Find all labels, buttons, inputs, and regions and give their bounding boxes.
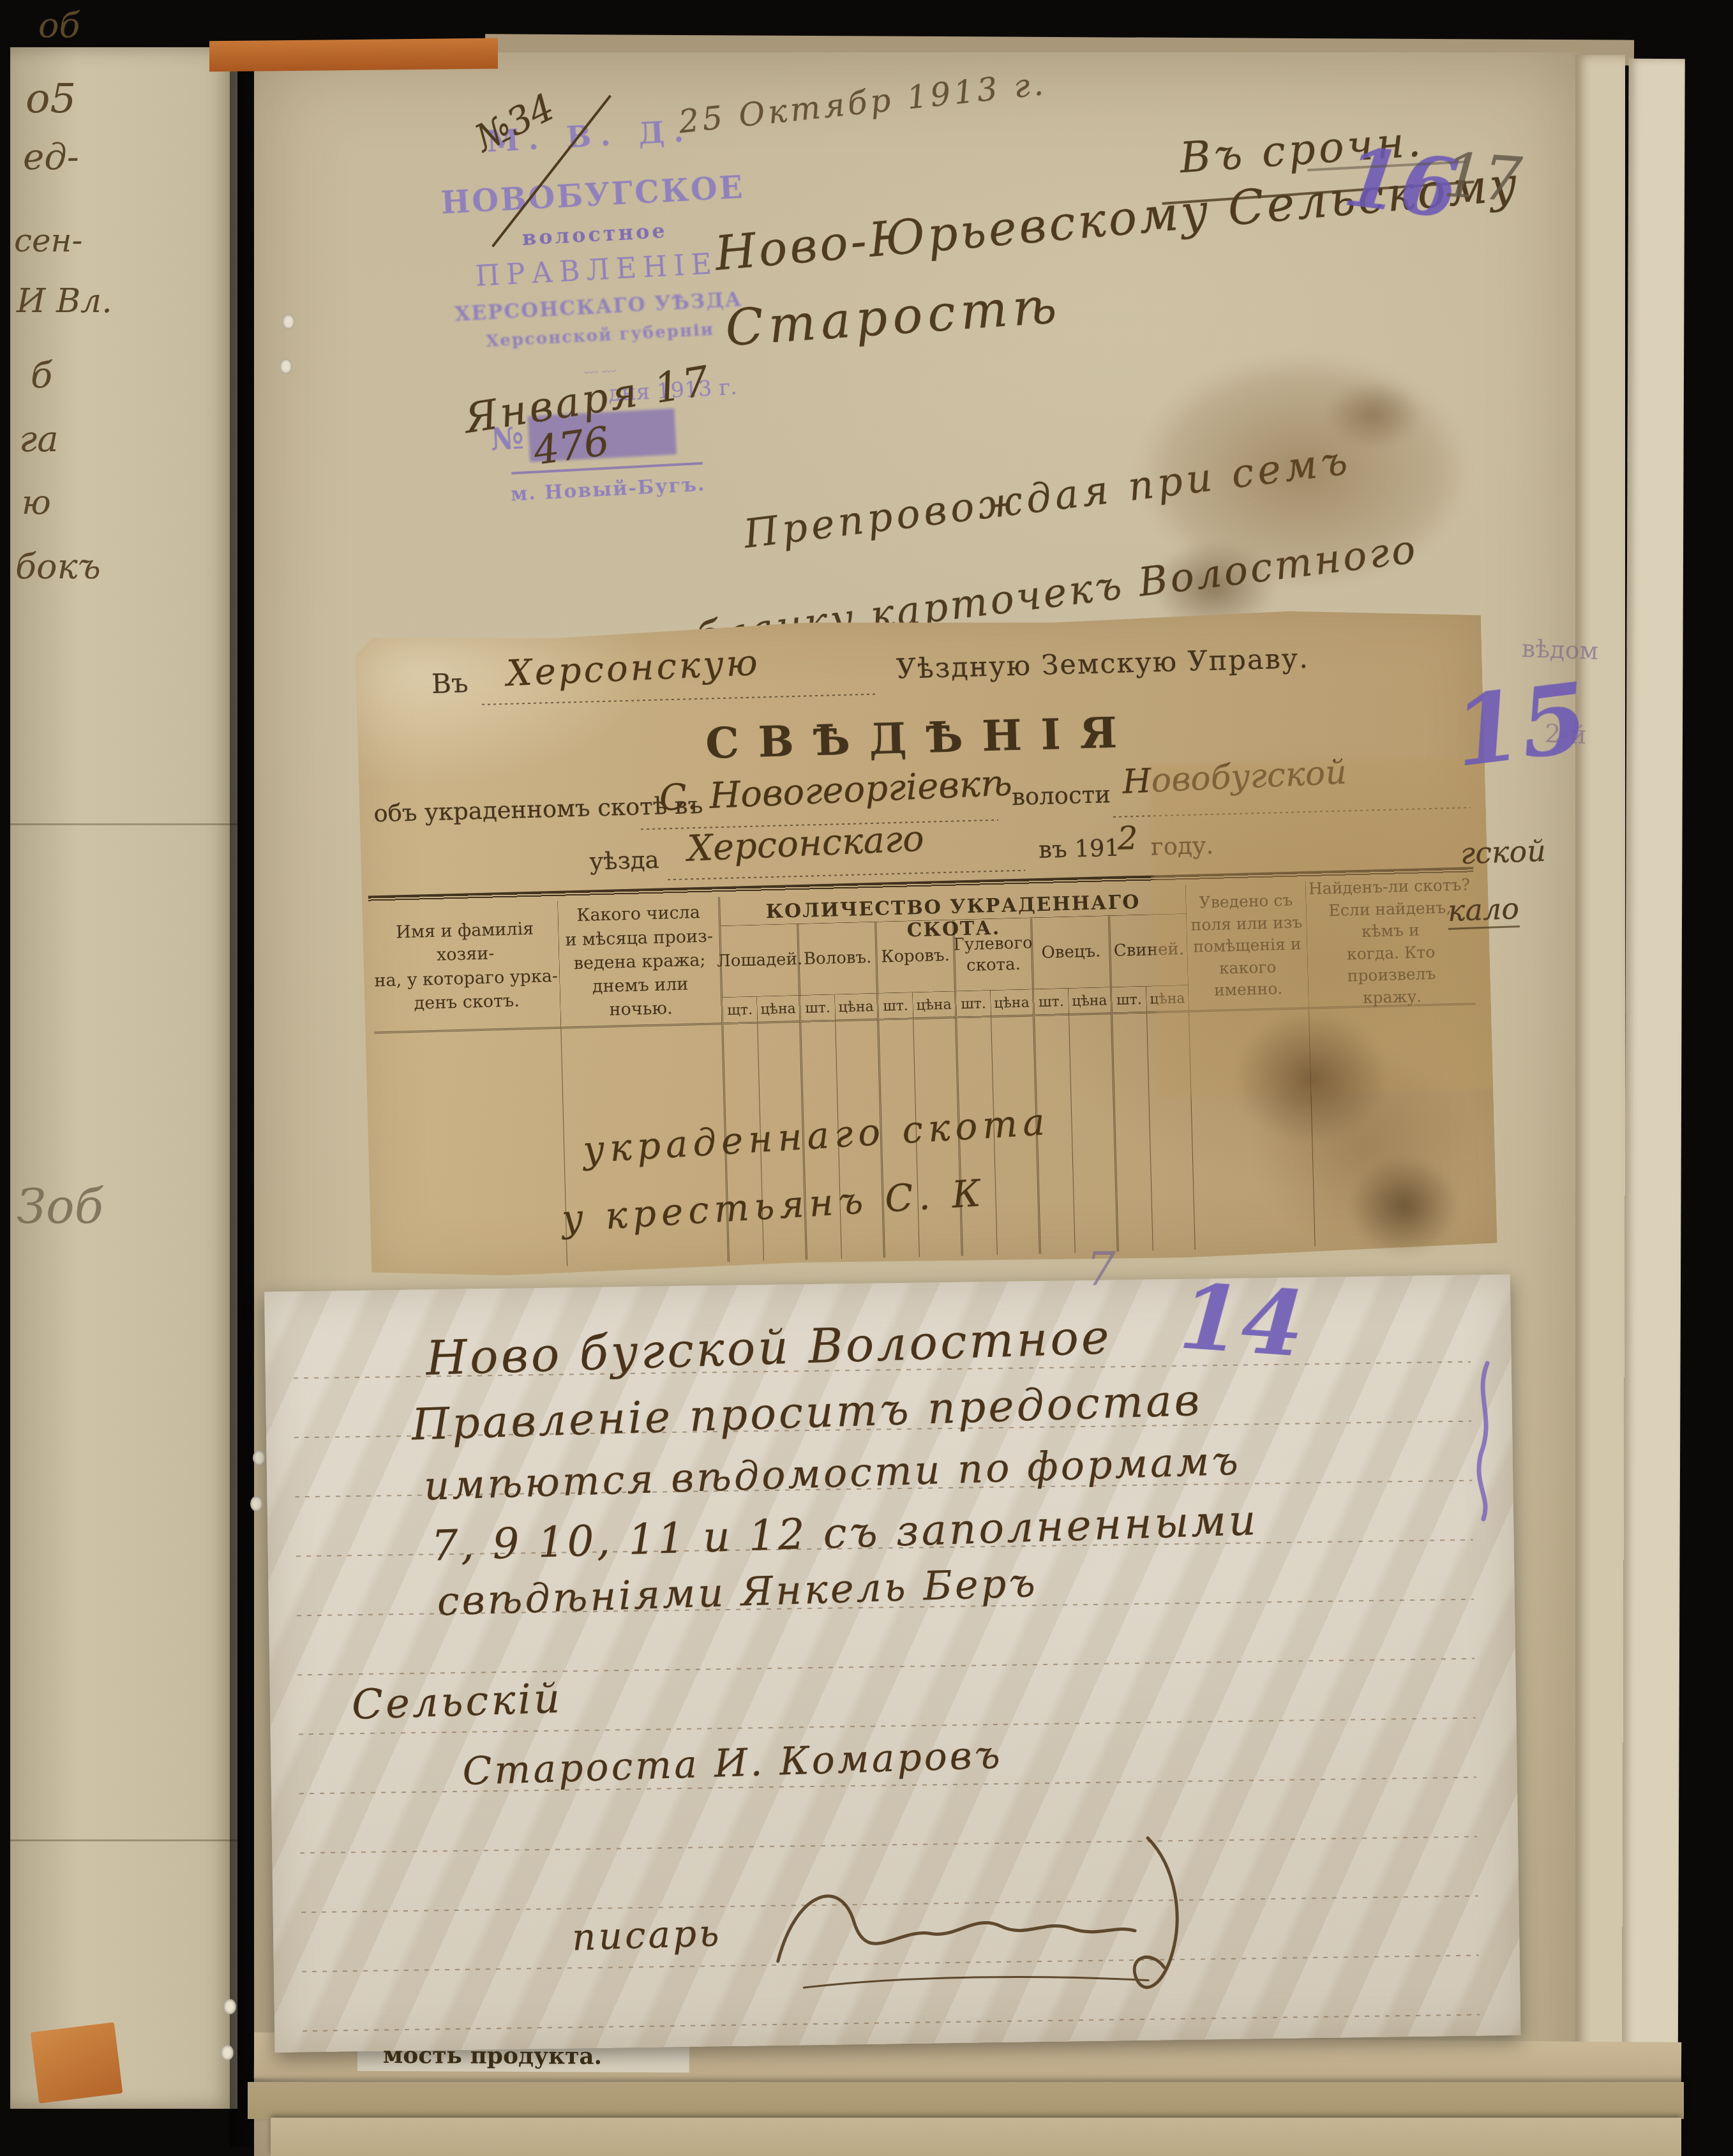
page-edge-strip (1575, 55, 1625, 2156)
note-line: имѣются вѣдомости по формамъ (423, 1437, 1241, 1509)
form-subtitle-prefix: объ украденномъ скотѣ въ (373, 791, 703, 827)
table-body-cell (374, 1029, 567, 1271)
stamp-line: НОВОБУГСКОЕ (432, 169, 753, 221)
margin-fragment: б (31, 355, 52, 396)
torn-paper-patch (1150, 757, 1497, 1098)
ruled-line (297, 1658, 1474, 1676)
stolen-livestock-form: Въ Херсонскую Уѣздную Земскую Управу. СВ… (355, 604, 1497, 1279)
margin-fragment: ед- (23, 137, 79, 178)
bottom-paper-strip (271, 2118, 1681, 2156)
col-owner-line: Имя и фамилія хозяи- (371, 917, 559, 969)
margin-fragment: ю (22, 484, 51, 522)
margin-fragment: об (38, 5, 80, 45)
handwriting-fragment: гской (1460, 834, 1547, 871)
page-mark-14: 14 (1176, 1264, 1308, 1377)
fill-in-line (668, 870, 1025, 881)
page-seam (10, 823, 237, 825)
book-cover-edge (209, 38, 498, 72)
col-animal: Гулевого скота. (952, 918, 1032, 991)
note-line: 7, 9 10, 11 и 12 съ заполненными (430, 1495, 1259, 1571)
page-edge-strip (1621, 59, 1684, 2156)
unit-header: шт. (799, 995, 835, 1022)
punch-hole (282, 314, 295, 329)
note-selsky: Сельскій (351, 1675, 563, 1729)
punch-hole (223, 1999, 236, 2014)
bottom-paper-strip (248, 2082, 1684, 2119)
col-animal: Лошадей. (719, 924, 799, 998)
unit-header: цѣна (990, 989, 1033, 1017)
form-year-prefix: въ 191 (1039, 834, 1120, 864)
form-to-suffix: Уѣздную Земскую Управу. (896, 643, 1309, 685)
col-date: Какого числа и мѣсяца произ- ведена краж… (557, 897, 721, 1029)
col-date-line: днемъ или ночью. (560, 971, 721, 1023)
note-pisar-label: писарь (571, 1911, 723, 1959)
col-owner-line: денъ скотъ. (373, 988, 560, 1017)
form-uyezd-handwritten: Херсонскаго (687, 818, 926, 870)
form-village-handwritten: С. Новогеоргіевкѣ (659, 762, 1013, 819)
form-to-handwritten: Херсонскую (506, 642, 761, 694)
col-owner: Имя и фамилія хозяи- на, у котораго урка… (371, 901, 560, 1034)
form-uyezd-label: уѣзда (589, 846, 659, 876)
col-animal: Овецъ. (1030, 916, 1110, 989)
note-line: свѣдѣніями Янкель Беръ (437, 1559, 1039, 1625)
punch-hole (280, 359, 292, 374)
reply-note: Ново бугской Волостное Правленіе проситъ… (264, 1275, 1520, 2053)
fill-in-line (482, 694, 878, 705)
printed-fragment-vedom: вѣдом (1521, 634, 1599, 665)
margin-fragment: сен- (14, 222, 82, 259)
note-line: Правленіе проситъ предостав (411, 1375, 1203, 1451)
page-mark-7: 7 (1086, 1242, 1116, 1296)
violet-squiggle (1468, 1358, 1506, 1524)
clerk-signature-flourish (757, 1827, 1219, 2025)
col-animal: Воловъ. (797, 922, 876, 996)
margin-fragment: И Вл. (17, 282, 112, 320)
unit-header: щт. (721, 997, 757, 1024)
book-cover-tab (31, 2022, 123, 2103)
punch-hole (221, 2045, 234, 2060)
unit-header: шт. (954, 991, 991, 1018)
stamp-line: ПРАВЛЕНІЕ (437, 246, 757, 295)
margin-fragment: Зоб (17, 1179, 103, 1234)
archival-photo: об о5 ед- сен- И Вл. б га ю бокъ Зоб М. … (0, 0, 1733, 2156)
unit-header: цѣна (1068, 987, 1111, 1015)
margin-fragment: о5 (26, 75, 76, 123)
bottom-print-fragment: мость продукта. (383, 2042, 602, 2070)
table-body-cell (1069, 1014, 1117, 1253)
table-body-cell (1111, 1014, 1153, 1252)
margin-fragment: бокъ (15, 546, 101, 587)
unit-header: шт. (1032, 989, 1069, 1016)
col-animal: Коровъ. (874, 920, 954, 994)
punch-hole (253, 1450, 266, 1465)
unit-header: цѣна (756, 996, 799, 1024)
form-volost-label: волости (1012, 781, 1111, 811)
note-line: Ново бугской Волостное (425, 1310, 1113, 1386)
unit-header: цѣна (912, 992, 955, 1020)
punch-hole (250, 1496, 263, 1511)
unit-header: цѣна (834, 994, 877, 1022)
page-mark-17: 17 (1441, 139, 1524, 216)
page-mark-15: 15 (1448, 661, 1594, 789)
unit-header: шт. (876, 992, 913, 1020)
form-year-handwritten: 2 (1117, 820, 1138, 857)
page-seam (10, 1839, 237, 1841)
margin-fragment: га (19, 419, 59, 460)
unit-header: шт. (1110, 987, 1146, 1014)
handwriting-fragment: кало (1447, 891, 1520, 930)
form-to-prefix: Въ (431, 667, 469, 699)
